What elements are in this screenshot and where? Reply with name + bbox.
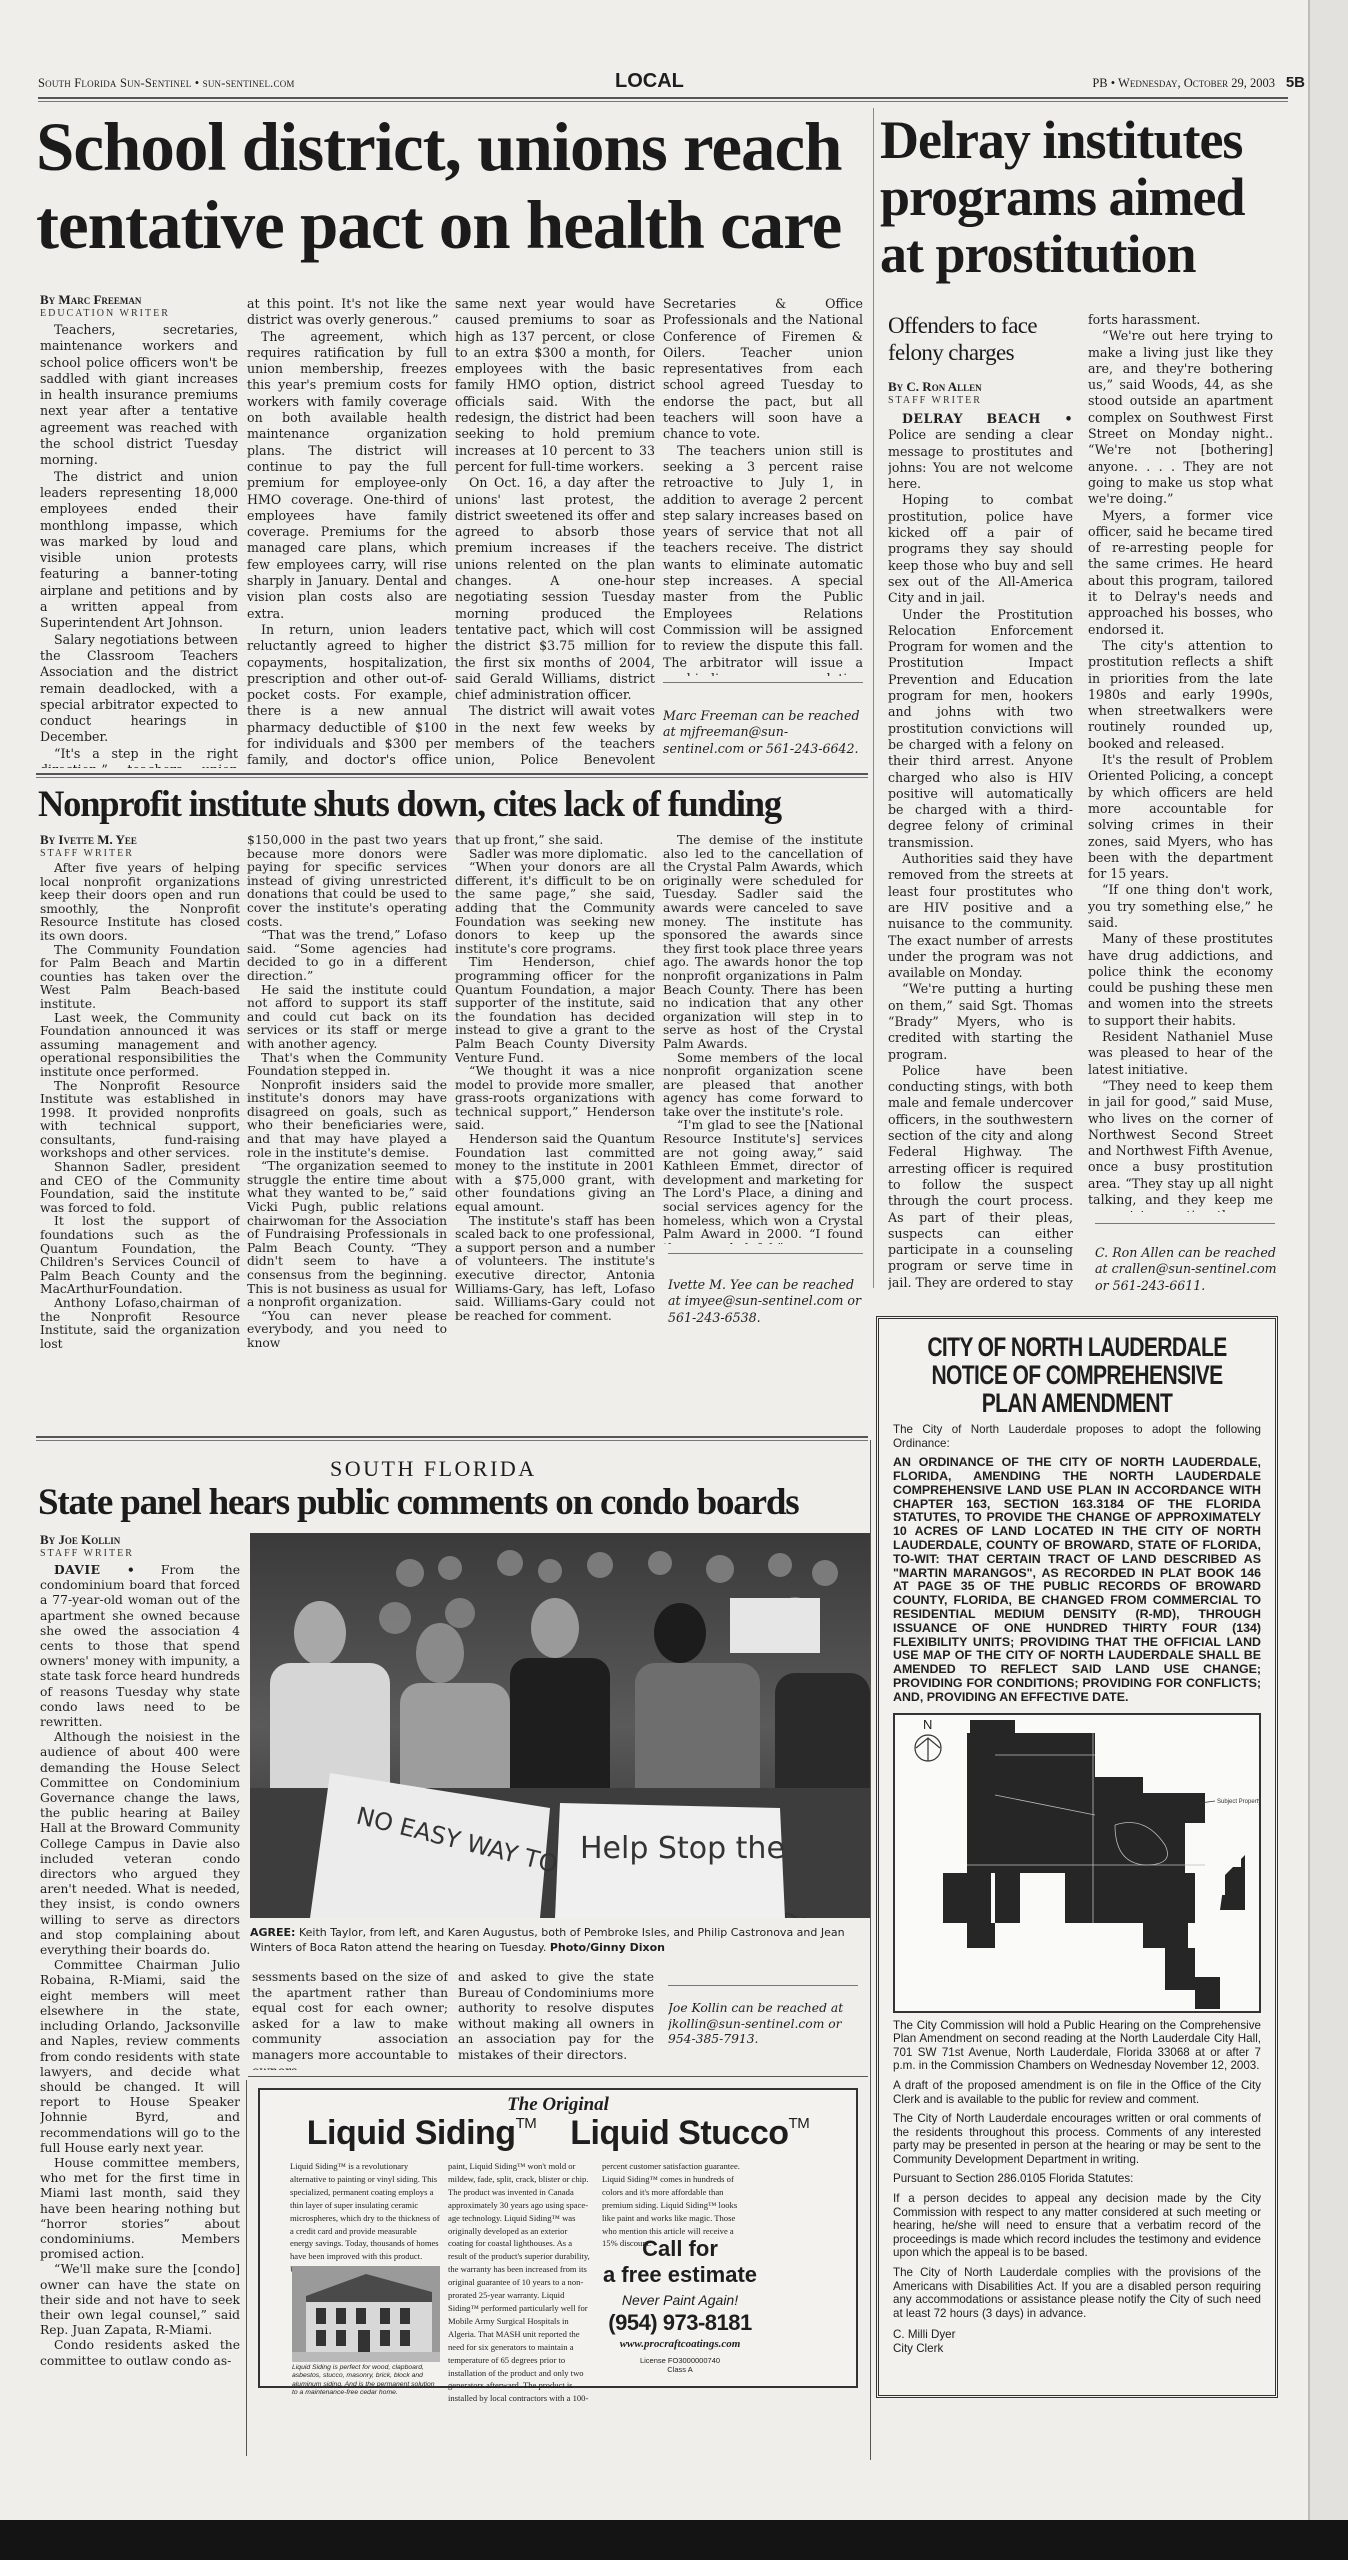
paragraph: “I'm glad to see the [National Resource … xyxy=(663,1119,863,1244)
signer-title: City Clerk xyxy=(893,2342,1261,2356)
paragraph: Last week, the Community Foundation anno… xyxy=(40,1012,240,1080)
headline-line: Delray institutes xyxy=(880,112,1300,169)
notice-title: CITY OF NORTH LAUDERDALE NOTICE OF COMPR… xyxy=(923,1333,1232,1417)
page-number: 5B xyxy=(1286,74,1305,91)
paragraph: and asked to give the state Bureau of Co… xyxy=(458,1970,654,2064)
paragraph: After five years of helping local nonpro… xyxy=(40,862,240,944)
headline-line: programs aimed xyxy=(880,169,1300,226)
subheadline-line: felony charges xyxy=(888,339,1088,366)
ad-slogan: Never Paint Again! xyxy=(600,2292,760,2308)
cta-line: a free estimate xyxy=(600,2262,760,2288)
paragraph: sessments based on the size of the apart… xyxy=(252,1970,448,2070)
article-column: forts harassment. “We're out here trying… xyxy=(1088,312,1273,1212)
dateline: DAVIE • xyxy=(54,1562,135,1577)
article-column: $150,000 in the past two years because m… xyxy=(247,834,447,1434)
headline: School district, unions reach tentative … xyxy=(36,108,866,264)
house-icon xyxy=(292,2266,440,2362)
paragraph: Condo residents asked the committee to o… xyxy=(40,2338,240,2368)
newspaper-page: South Florida Sun-Sentinel • sun-sentine… xyxy=(0,0,1348,2560)
advertisement-liquid-siding: The Original Liquid SidingTM Liquid Stuc… xyxy=(258,2088,858,2388)
headline-line: tentative pact on health care xyxy=(36,186,866,264)
byline: By Ivette M. Yee xyxy=(40,832,137,848)
paragraph: Under the Prostitution Relocation Enforc… xyxy=(888,607,1073,851)
ad-phone-number[interactable]: (954) 973-8181 xyxy=(600,2310,760,2336)
article-column: and asked to give the state Bureau of Co… xyxy=(458,1970,654,2070)
headline: State panel hears public comments on con… xyxy=(38,1480,883,1526)
signer-name: C. Milli Dyer xyxy=(893,2328,1261,2342)
paragraph: It lost the support of foundations such … xyxy=(40,1215,240,1297)
paragraph: “It's a step in the right direction,” te… xyxy=(40,746,238,768)
tagline-divider xyxy=(663,682,863,683)
ad-copy: paint, Liquid Siding™ won't mold or mild… xyxy=(448,2160,593,2405)
paragraph: Sadler was more diplomatic. xyxy=(455,848,655,862)
notice-paragraph: The City Commission will hold a Public H… xyxy=(879,2019,1275,2073)
paragraph: “We're out here trying to make a living … xyxy=(1088,328,1273,507)
paragraph: same next year would have caused premium… xyxy=(455,296,655,475)
byline-block: By C. Ron Allen STAFF WRITER xyxy=(888,379,982,406)
byline: By Joe Kollin xyxy=(40,1532,134,1548)
paragraph: Committee Chairman Julio Robaina, R-Miam… xyxy=(40,1958,240,2156)
article-column: same next year would have caused premium… xyxy=(455,296,655,768)
paragraph: “We're putting a hurting on them,” said … xyxy=(888,981,1073,1062)
paragraph: “We thought it was a nice model to provi… xyxy=(455,1065,655,1133)
paragraph: The institute's staff has been scaled ba… xyxy=(455,1215,655,1324)
headline: Nonprofit institute shuts down, cites la… xyxy=(38,782,873,826)
paragraph: Salary negotiations between the Classroo… xyxy=(40,632,238,746)
paragraph: Police have been conducting stings, with… xyxy=(888,1063,1073,1291)
legal-notice-north-lauderdale: CITY OF NORTH LAUDERDALE NOTICE OF COMPR… xyxy=(876,1316,1278,2398)
paragraph: The agreement, which requires ratificati… xyxy=(247,329,447,622)
paragraph: Anthony Lofaso,chairman of the Nonprofit… xyxy=(40,1297,240,1351)
paragraph: at this point. It's not like the distric… xyxy=(247,296,447,329)
author-contact: Marc Freeman can be reached at mjfreeman… xyxy=(663,708,868,764)
author-contact: C. Ron Allen can be reached at crallen@s… xyxy=(1095,1245,1280,1297)
brand-liquid-stucco: Liquid StuccoTM xyxy=(570,2114,809,2153)
paragraph: From the condominium board that forced a… xyxy=(40,1563,240,1729)
article-column: sessments based on the size of the apart… xyxy=(252,1970,448,2070)
paragraph: The district will await votes in the nex… xyxy=(455,703,655,768)
article-column: DAVIE • From the condominium board that … xyxy=(40,1562,240,2384)
ad-license: License FO3000000740 xyxy=(600,2356,760,2365)
notice-paragraph: A draft of the proposed amendment is on … xyxy=(879,2079,1275,2106)
paragraph: The demise of the institute also led to … xyxy=(663,834,863,1052)
svg-text:Help Stop the: Help Stop the xyxy=(580,1831,785,1866)
paragraph: “They need to keep them in jail for good… xyxy=(1088,1078,1273,1212)
byline-block: By Joe Kollin STAFF WRITER xyxy=(40,1532,134,1559)
paragraph: Tim Henderson, chief programming officer… xyxy=(455,956,655,1065)
caption-label: AGREE: xyxy=(250,1926,295,1939)
subheadline-line: Offenders to face xyxy=(888,312,1088,339)
subheadline: Offenders to face felony charges xyxy=(888,312,1088,366)
paragraph: Although the noisiest in the audience of… xyxy=(40,1730,240,1958)
byline-block: By Ivette M. Yee STAFF WRITER xyxy=(40,832,137,859)
photo-credit: Photo/Ginny Dixon xyxy=(550,1941,665,1954)
notice-intro: The City of North Lauderdale proposes to… xyxy=(879,1423,1275,1450)
paragraph: Nonprofit insiders said the institute's … xyxy=(247,1079,447,1161)
ad-call-to-action: Call for a free estimate Never Paint Aga… xyxy=(600,2236,760,2374)
paragraph: that up front,” she said. xyxy=(455,834,655,848)
paragraph: Myers, a former vice officer, said he be… xyxy=(1088,508,1273,638)
byline-role: STAFF WRITER xyxy=(888,395,982,406)
article-column: that up front,” she said. Sadler was mor… xyxy=(455,834,655,1434)
house-image xyxy=(292,2266,440,2362)
section-kicker: SOUTH FLORIDA xyxy=(330,1456,537,1482)
paragraph: “We'll make sure the [condo] owner can h… xyxy=(40,2262,240,2338)
byline-role: EDUCATION WRITER xyxy=(40,308,170,319)
paragraph: Teachers, secretaries, maintenance worke… xyxy=(40,322,238,469)
paragraph: Resident Nathaniel Muse was pleased to h… xyxy=(1088,1029,1273,1078)
paragraph: The city's attention to prostitution ref… xyxy=(1088,638,1273,752)
paragraph: On Oct. 16, a day after the unions' last… xyxy=(455,475,655,703)
caption-text: Keith Taylor, from left, and Karen Augus… xyxy=(250,1926,845,1954)
paragraph: “If one thing don't work, you try someth… xyxy=(1088,882,1273,931)
column-divider xyxy=(870,1440,871,2460)
dateline: DELRAY BEACH • xyxy=(902,411,1073,426)
paragraph: Police are sending a clear message to pr… xyxy=(888,427,1073,491)
paragraph: He said the institute could not afford t… xyxy=(247,984,447,1052)
article-column: Teachers, secretaries, maintenance worke… xyxy=(40,322,238,768)
paragraph: “You can never please everybody, and you… xyxy=(247,1310,447,1351)
article-column: The demise of the institute also led to … xyxy=(663,834,863,1244)
paragraph: Shannon Sadler, president and CEO of the… xyxy=(40,1161,240,1215)
ad-website-link[interactable]: www.procraftcoatings.com xyxy=(600,2338,760,2350)
author-contact: Ivette M. Yee can be reached at imyee@su… xyxy=(668,1277,868,1329)
headline: Delray institutes programs aimed at pros… xyxy=(880,112,1300,283)
paragraph: House committee members, who met for the… xyxy=(40,2156,240,2262)
section-divider xyxy=(36,1436,868,1441)
notice-paragraph: If a person decides to appeal any decisi… xyxy=(879,2192,1275,2260)
notice-title-line: CITY OF NORTH LAUDERDALE xyxy=(923,1333,1232,1361)
byline-role: STAFF WRITER xyxy=(40,848,137,859)
byline: By C. Ron Allen xyxy=(888,379,982,395)
article-column: Secretaries & Office Professionals and t… xyxy=(663,296,863,676)
paragraph: It's the result of Problem Oriented Poli… xyxy=(1088,752,1273,882)
ad-kicker: The Original xyxy=(260,2094,856,2116)
folio-divider xyxy=(38,97,1288,102)
ad-divider xyxy=(248,2076,868,2077)
ordinance-text: AN ORDINANCE OF THE CITY OF NORTH LAUDER… xyxy=(879,1456,1275,1704)
article-column: DELRAY BEACH • Police are sending a clea… xyxy=(888,411,1073,1291)
paragraph: The Community Foundation for Palm Beach … xyxy=(40,944,240,1012)
headline-line: at prostitution xyxy=(880,226,1300,283)
notice-paragraph: Pursuant to Section 286.0105 Florida Sta… xyxy=(879,2172,1275,2186)
tagline-divider xyxy=(668,1985,858,1986)
notice-title-line: PLAN AMENDMENT xyxy=(923,1389,1232,1417)
paragraph: The teachers union still is seeking a 3 … xyxy=(663,443,863,676)
audience-photo-illustration: NO EASY WAY TO CHALLENGE AMENDM Help Sto… xyxy=(250,1533,870,1918)
paragraph: The district and union leaders represent… xyxy=(40,469,238,632)
tagline-divider xyxy=(1095,1223,1275,1224)
cta-line: Call for xyxy=(600,2236,760,2262)
byline-role: STAFF WRITER xyxy=(40,1548,134,1559)
paragraph: “That was the trend,” Lofaso said. “Some… xyxy=(247,929,447,983)
photo-caption: AGREE: Keith Taylor, from left, and Kare… xyxy=(250,1925,870,1955)
paragraph: Secretaries & Office Professionals and t… xyxy=(663,296,863,443)
paragraph: Hoping to combat prostitution, police ha… xyxy=(888,492,1073,606)
byline: By Marc Freeman xyxy=(40,292,170,308)
land-use-map: N xyxy=(893,1713,1261,2013)
publication-name: South Florida Sun-Sentinel • sun-sentine… xyxy=(38,76,295,91)
article-column: After five years of helping local nonpro… xyxy=(40,862,240,1434)
paragraph: In return, union leaders reluctantly agr… xyxy=(247,622,447,768)
brand-liquid-siding: Liquid SidingTM xyxy=(307,2114,536,2153)
byline-block: By Marc Freeman EDUCATION WRITER xyxy=(40,292,170,319)
paragraph: Many of these prostitutes have drug addi… xyxy=(1088,931,1273,1029)
paragraph: That's when the Community Foundation ste… xyxy=(247,1052,447,1079)
page-margin xyxy=(1308,0,1348,2560)
tagline-divider xyxy=(668,1253,863,1254)
section-divider xyxy=(36,773,868,778)
headline-line: School district, unions reach xyxy=(36,108,866,186)
paragraph: “The organization seemed to struggle the… xyxy=(247,1160,447,1310)
paragraph: forts harassment. xyxy=(1088,312,1273,328)
ad-brands: Liquid SidingTM Liquid StuccoTM xyxy=(260,2114,856,2153)
ad-license-class: Class A xyxy=(600,2365,760,2374)
paragraph: “When your donors are all different, it'… xyxy=(455,861,655,956)
notice-signature: C. Milli Dyer City Clerk xyxy=(879,2328,1275,2355)
city-map-illustration: Subject Property xyxy=(895,1715,1261,2011)
column-divider xyxy=(246,2080,247,2456)
paragraph: Authorities said they have removed from … xyxy=(888,851,1073,981)
ad-copy: Liquid Siding™ is a revolutionary altern… xyxy=(290,2160,440,2276)
edition-date: PB • Wednesday, October 29, 2003 xyxy=(1092,76,1275,91)
column-divider xyxy=(873,108,874,1288)
svg-text:Subject Property: Subject Property xyxy=(1217,1799,1261,1805)
paragraph: The Nonprofit Resource Institute was est… xyxy=(40,1080,240,1162)
protest-sign-2: Help Stop the xyxy=(555,1803,785,1918)
notice-paragraph: The City of North Lauderdale complies wi… xyxy=(879,2266,1275,2320)
paragraph: Henderson said the Quantum Foundation la… xyxy=(455,1133,655,1215)
folio-bar: South Florida Sun-Sentinel • sun-sentine… xyxy=(30,68,1305,98)
section-label: LOCAL xyxy=(615,70,684,93)
house-caption: Liquid Siding is perfect for wood, clapb… xyxy=(292,2364,442,2398)
paragraph: $150,000 in the past two years because m… xyxy=(247,834,447,929)
page-bottom-edge xyxy=(0,2520,1348,2560)
notice-paragraph: The City of North Lauderdale encourages … xyxy=(879,2112,1275,2166)
news-photo: NO EASY WAY TO CHALLENGE AMENDM Help Sto… xyxy=(250,1533,870,1918)
notice-title-line: NOTICE OF COMPREHENSIVE xyxy=(923,1361,1232,1389)
author-contact: Joe Kollin can be reached at jkollin@sun… xyxy=(668,2001,868,2061)
paragraph: Some members of the local nonprofit orga… xyxy=(663,1052,863,1120)
article-column: at this point. It's not like the distric… xyxy=(247,296,447,768)
